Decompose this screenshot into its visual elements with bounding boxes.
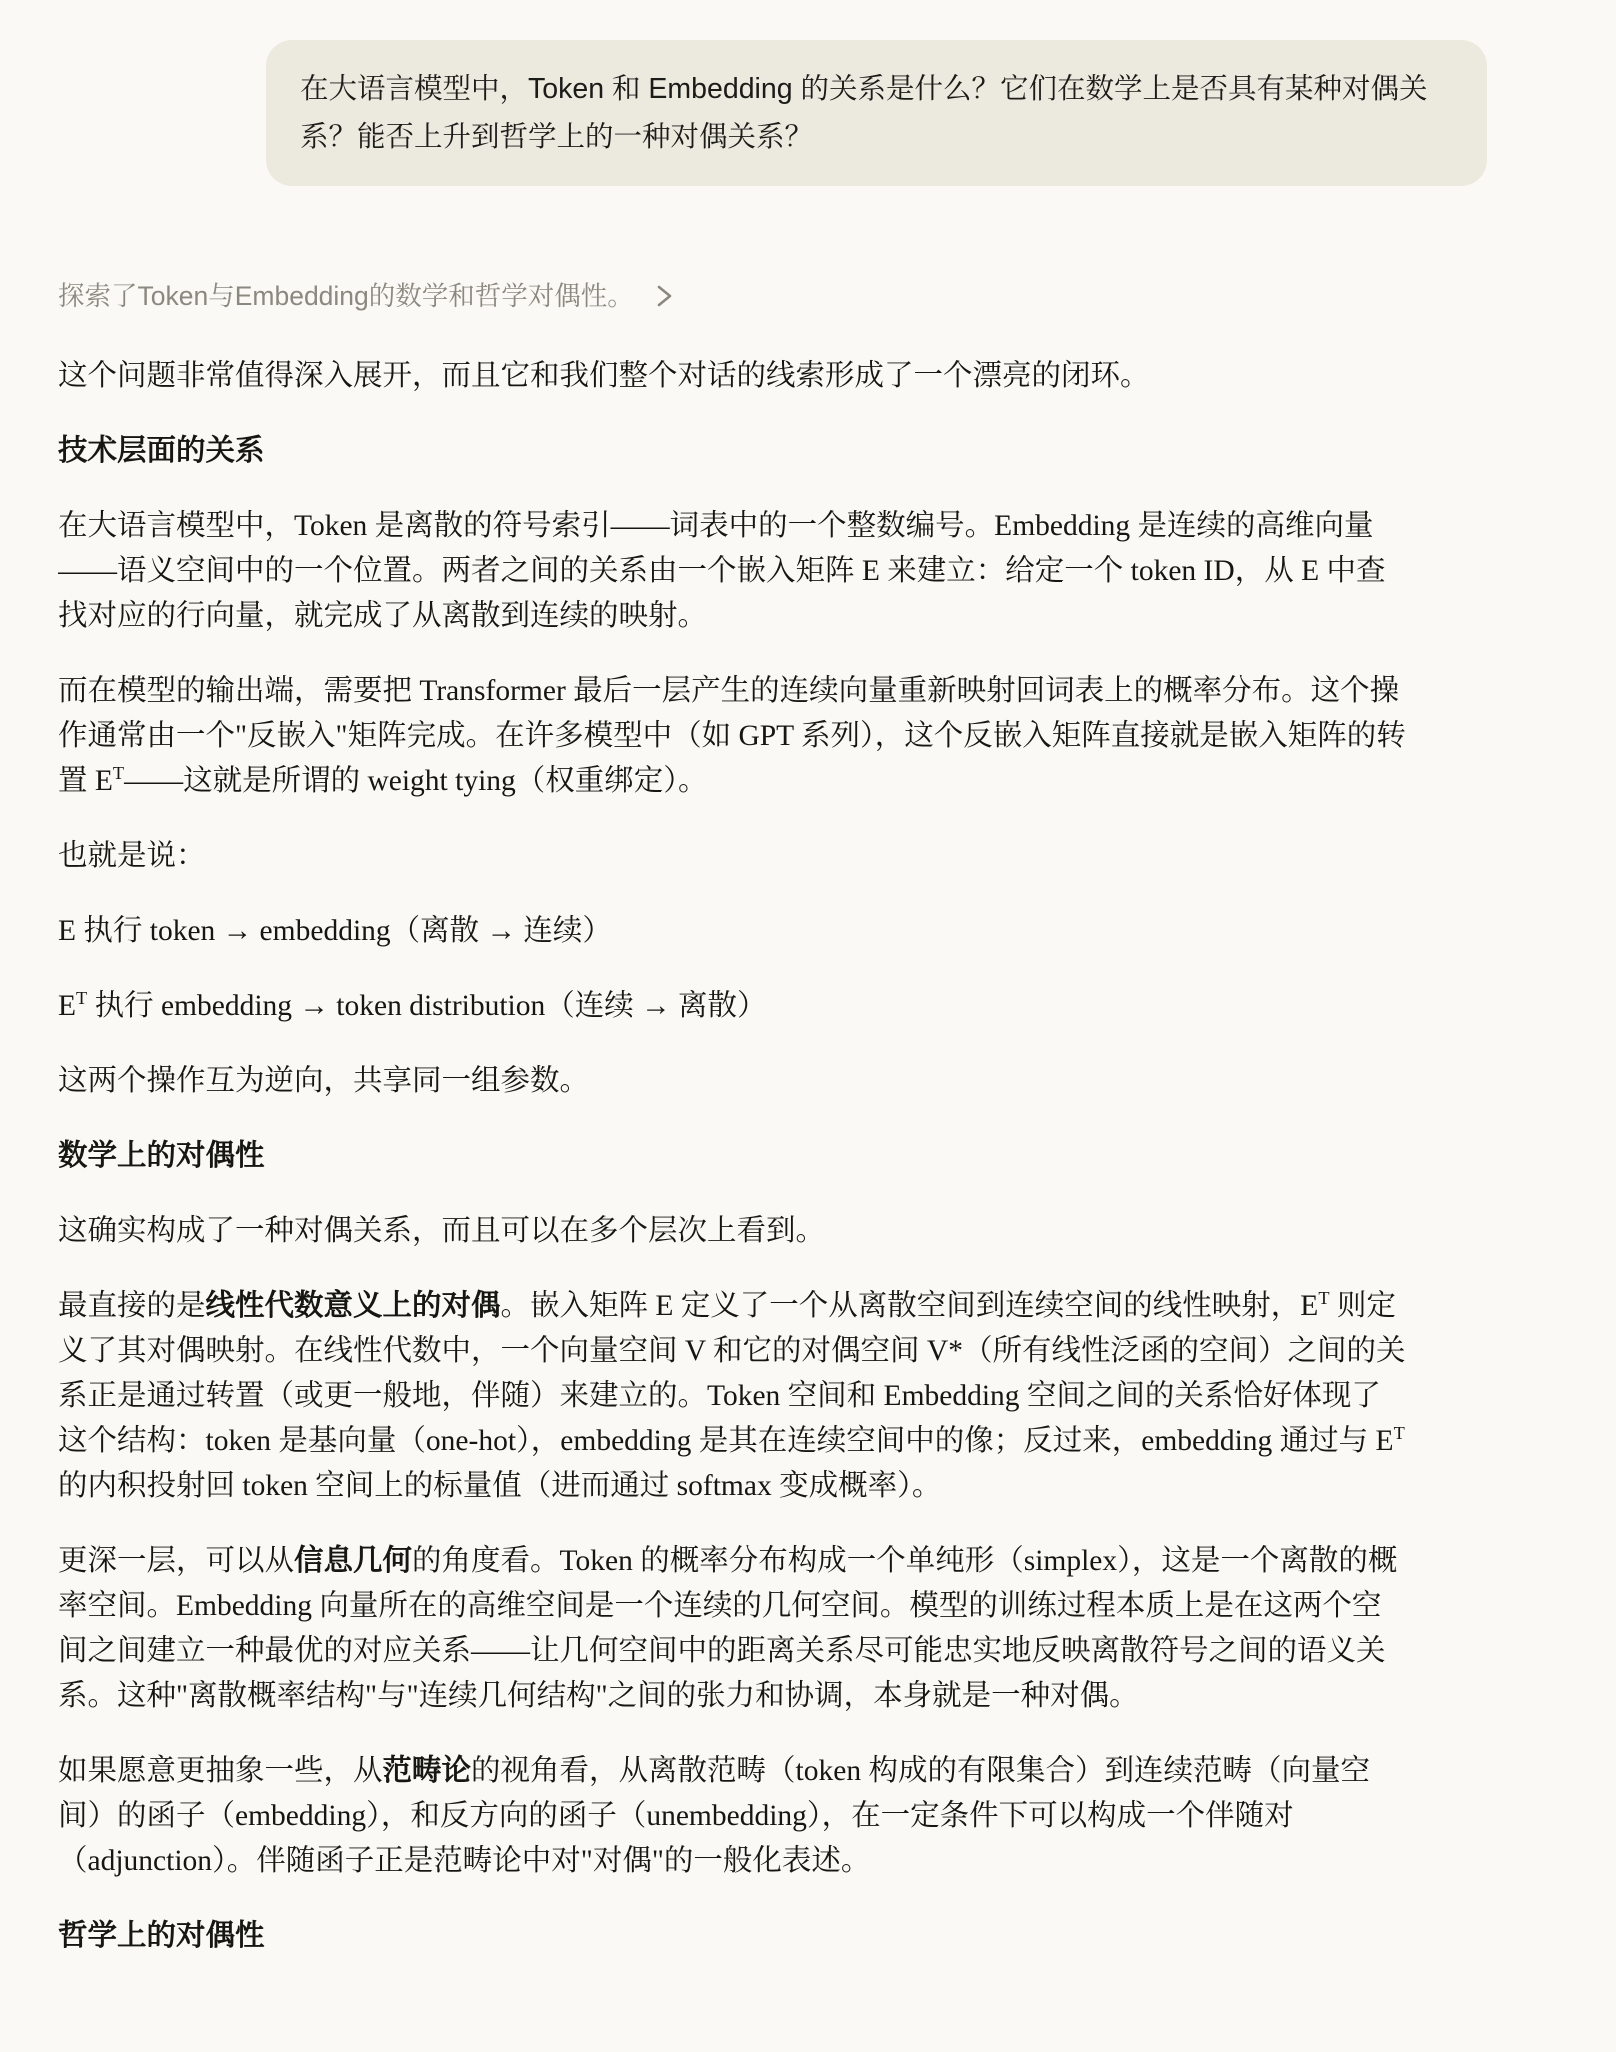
chat-page: 在大语言模型中，Token 和 Embedding 的关系是什么？它们在数学上是… (0, 0, 1616, 1989)
text-run: E (58, 990, 76, 1022)
user-message-text: 在大语言模型中，Token 和 Embedding 的关系是什么？它们在数学上是… (300, 73, 1428, 153)
response-paragraph: 在大语言模型中，Token 是离散的符号索引——词表中的一个整数编号。Embed… (58, 504, 1408, 639)
thinking-summary-text: 探索了Token与Embedding的数学和哲学对偶性。 (58, 280, 634, 312)
superscript-text: T (1394, 1423, 1405, 1443)
response-paragraph: 这确实构成了一种对偶关系，而且可以在多个层次上看到。 (58, 1209, 1408, 1254)
text-run: 也就是说： (58, 840, 206, 872)
text-run: 最直接的是 (58, 1290, 206, 1322)
response-paragraph: 这两个操作互为逆向，共享同一组参数。 (58, 1059, 1408, 1104)
bold-text-run: 线性代数意义上的对偶 (206, 1290, 501, 1322)
text-run: 这两个操作互为逆向，共享同一组参数。 (58, 1065, 589, 1097)
text-run: ——这就是所谓的 weight tying（权重绑定）。 (124, 765, 707, 797)
response-paragraph: 最直接的是线性代数意义上的对偶。嵌入矩阵 E 定义了一个从离散空间到连续空间的线… (58, 1284, 1408, 1509)
response-paragraph: ET 执行 embedding → token distribution（连续 … (58, 984, 1408, 1029)
user-message-bubble: 在大语言模型中，Token 和 Embedding 的关系是什么？它们在数学上是… (266, 40, 1487, 186)
thinking-summary[interactable]: 探索了Token与Embedding的数学和哲学对偶性。 (58, 280, 673, 312)
chevron-right-icon (656, 283, 673, 309)
response-paragraph: E 执行 token → embedding（离散 → 连续） (58, 909, 1408, 954)
response-paragraph: 这个问题非常值得深入展开，而且它和我们整个对话的线索形成了一个漂亮的闭环。 (58, 354, 1408, 399)
bold-text-run: 范畴论 (383, 1755, 472, 1787)
text-run: 数学上的对偶性 (58, 1140, 265, 1172)
response-heading: 哲学上的对偶性 (58, 1914, 1408, 1959)
text-run: E 执行 token → embedding（离散 → 连续） (58, 915, 612, 947)
response-paragraph: 也就是说： (58, 834, 1408, 879)
superscript-text: T (113, 763, 124, 783)
text-run: 这确实构成了一种对偶关系，而且可以在多个层次上看到。 (58, 1215, 825, 1247)
text-run: 执行 embedding → token distribution（连续 → 离… (87, 990, 766, 1022)
bold-text-run: 信息几何 (294, 1545, 412, 1577)
response-heading: 数学上的对偶性 (58, 1134, 1408, 1179)
text-run: 更深一层，可以从 (58, 1545, 294, 1577)
response-paragraph: 更深一层，可以从信息几何的角度看。Token 的概率分布构成一个单纯形（simp… (58, 1539, 1408, 1719)
text-run: 的内积投射回 token 空间上的标量值（进而通过 softmax 变成概率）。 (58, 1470, 941, 1502)
text-run: 如果愿意更抽象一些，从 (58, 1755, 383, 1787)
user-message-row: 在大语言模型中，Token 和 Embedding 的关系是什么？它们在数学上是… (58, 40, 1487, 186)
assistant-response: 这个问题非常值得深入展开，而且它和我们整个对话的线索形成了一个漂亮的闭环。技术层… (58, 354, 1408, 1989)
text-run: 这个问题非常值得深入展开，而且它和我们整个对话的线索形成了一个漂亮的闭环。 (58, 360, 1150, 392)
text-run: 哲学上的对偶性 (58, 1920, 265, 1952)
text-run: 技术层面的关系 (58, 435, 265, 467)
response-paragraph: 如果愿意更抽象一些，从范畴论的视角看，从离散范畴（token 构成的有限集合）到… (58, 1749, 1408, 1884)
text-run: 。嵌入矩阵 E 定义了一个从离散空间到连续空间的线性映射，E (501, 1290, 1319, 1322)
superscript-text: T (1318, 1288, 1329, 1308)
superscript-text: T (76, 988, 87, 1008)
response-paragraph: 而在模型的输出端，需要把 Transformer 最后一层产生的连续向量重新映射… (58, 669, 1408, 804)
response-heading: 技术层面的关系 (58, 429, 1408, 474)
text-run: 在大语言模型中，Token 是离散的符号索引——词表中的一个整数编号。Embed… (58, 510, 1385, 632)
